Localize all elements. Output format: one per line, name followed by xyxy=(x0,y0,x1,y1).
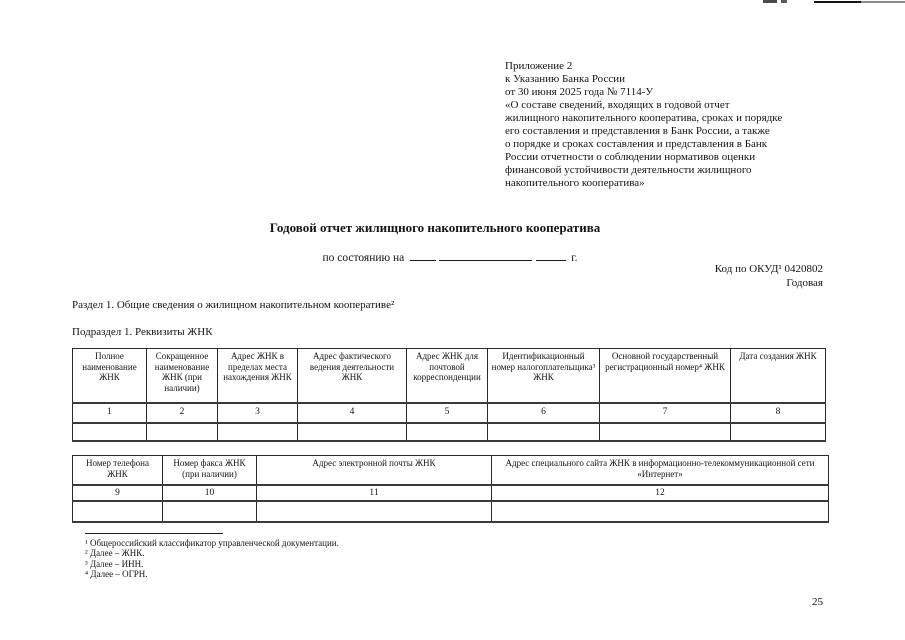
table1-column-number: 6 xyxy=(488,403,600,423)
table1-header-cell: Дата создания ЖНК xyxy=(731,349,826,403)
table1-blank-cell xyxy=(73,423,147,441)
table2-header-row: Номер телефона ЖНК Номер факса ЖНК (при … xyxy=(73,456,829,485)
date-blank-line xyxy=(439,250,532,261)
appendix-note-line: его составления и представления в Банк Р… xyxy=(505,125,905,138)
appendix-note: Приложение 2 к Указанию Банка России от … xyxy=(505,60,905,190)
document-title: Годовой отчет жилищного накопительного к… xyxy=(72,220,798,236)
scan-artifact xyxy=(814,1,861,3)
appendix-note-line: накопительного кооператива» xyxy=(505,177,905,190)
appendix-note-line: России отчетности о соблюдении нормативо… xyxy=(505,151,905,164)
table2-header-cell: Адрес электронной почты ЖНК xyxy=(257,456,492,485)
date-blank-line xyxy=(536,250,566,261)
table2-blank-row xyxy=(73,501,829,522)
footnote-okud: ¹ Общероссийский классификатор управленч… xyxy=(85,538,505,548)
requisites-table-2: Номер телефона ЖНК Номер факса ЖНК (при … xyxy=(72,455,829,523)
okud-block: Код по ОКУД¹ 0420802 Годовая xyxy=(715,263,823,290)
appendix-note-line: «О составе сведений, входящих в годовой … xyxy=(505,99,905,112)
requisites-table-1: Полное наименование ЖНК Сокращенное наим… xyxy=(72,348,826,442)
footnote-zhnk: ² Далее – ЖНК. xyxy=(85,548,505,558)
appendix-note-line: к Указанию Банка России xyxy=(505,73,905,86)
scan-artifact xyxy=(763,0,777,3)
footnote-ogrn: ⁴ Далее – ОГРН. xyxy=(85,569,505,579)
appendix-note-line: финансовой устойчивости деятельности жил… xyxy=(505,164,905,177)
page-number: 25 xyxy=(812,596,823,608)
table1-column-number: 5 xyxy=(407,403,488,423)
as-of-date-prefix: по состоянию на xyxy=(322,252,404,264)
table2-header-cell: Номер факса ЖНК (при наличии) xyxy=(163,456,257,485)
table1-header-cell: Идентификационный номер налогоплательщик… xyxy=(488,349,600,403)
table1-blank-cell xyxy=(731,423,826,441)
table1-header-cell: Основной государственный регистрационный… xyxy=(600,349,731,403)
scan-artifact xyxy=(781,0,787,3)
table1-blank-cell xyxy=(218,423,298,441)
table2-blank-cell xyxy=(163,501,257,522)
table1-blank-row xyxy=(73,423,826,441)
table1-blank-cell xyxy=(298,423,407,441)
okud-label: Код по ОКУД¹ xyxy=(715,263,782,275)
table1-column-number: 7 xyxy=(600,403,731,423)
table2-column-number: 12 xyxy=(492,485,829,502)
as-of-date-line: по состоянию наг. xyxy=(72,250,828,264)
table2-column-number: 9 xyxy=(73,485,163,502)
table2-header-cell: Адрес специального сайта ЖНК в информаци… xyxy=(492,456,829,485)
okud-code: 0420802 xyxy=(785,263,824,275)
table1-header-cell: Полное наименование ЖНК xyxy=(73,349,147,403)
table1-column-number: 3 xyxy=(218,403,298,423)
table1-header-row: Полное наименование ЖНК Сокращенное наим… xyxy=(73,349,826,403)
table1-header-cell: Адрес ЖНК в пределах места нахождения ЖН… xyxy=(218,349,298,403)
scan-artifact xyxy=(861,1,905,3)
table1-blank-cell xyxy=(600,423,731,441)
table2-blank-cell xyxy=(492,501,829,522)
section-1-heading: Раздел 1. Общие сведения о жилищном нако… xyxy=(72,299,394,311)
table1-header-cell: Адрес фактического ведения деятельности … xyxy=(298,349,407,403)
appendix-note-line: о порядке и сроках составления и предста… xyxy=(505,138,905,151)
appendix-note-line: Приложение 2 xyxy=(505,60,905,73)
table1-blank-cell xyxy=(488,423,600,441)
appendix-note-line: жилищного накопительного кооператива, ср… xyxy=(505,112,905,125)
okud-periodicity: Годовая xyxy=(715,277,823,291)
table1-column-number: 1 xyxy=(73,403,147,423)
table1-column-number: 4 xyxy=(298,403,407,423)
appendix-note-line: от 30 июня 2025 года № 7114-У xyxy=(505,86,905,99)
table1-blank-cell xyxy=(147,423,218,441)
table2-header-cell: Номер телефона ЖНК xyxy=(73,456,163,485)
table2-column-number: 11 xyxy=(257,485,492,502)
table1-number-row: 1 2 3 4 5 6 7 8 xyxy=(73,403,826,423)
table1-blank-cell xyxy=(407,423,488,441)
table1-header-cell: Сокращенное наименование ЖНК (при наличи… xyxy=(147,349,218,403)
okud-code-line: Код по ОКУД¹ 0420802 xyxy=(715,263,823,277)
table2-blank-cell xyxy=(257,501,492,522)
footnote-divider xyxy=(85,533,223,534)
as-of-date-suffix: г. xyxy=(571,252,577,264)
table1-header-cell: Адрес ЖНК для почтовой корреспонденции xyxy=(407,349,488,403)
table1-column-number: 2 xyxy=(147,403,218,423)
footnotes: ¹ Общероссийский классификатор управленч… xyxy=(85,538,505,579)
subsection-1-heading: Подраздел 1. Реквизиты ЖНК xyxy=(72,326,213,338)
date-blank-line xyxy=(410,250,436,261)
table2-number-row: 9 10 11 12 xyxy=(73,485,829,502)
table2-column-number: 10 xyxy=(163,485,257,502)
table2-blank-cell xyxy=(73,501,163,522)
footnote-inn: ³ Далее – ИНН. xyxy=(85,559,505,569)
table1-column-number: 8 xyxy=(731,403,826,423)
